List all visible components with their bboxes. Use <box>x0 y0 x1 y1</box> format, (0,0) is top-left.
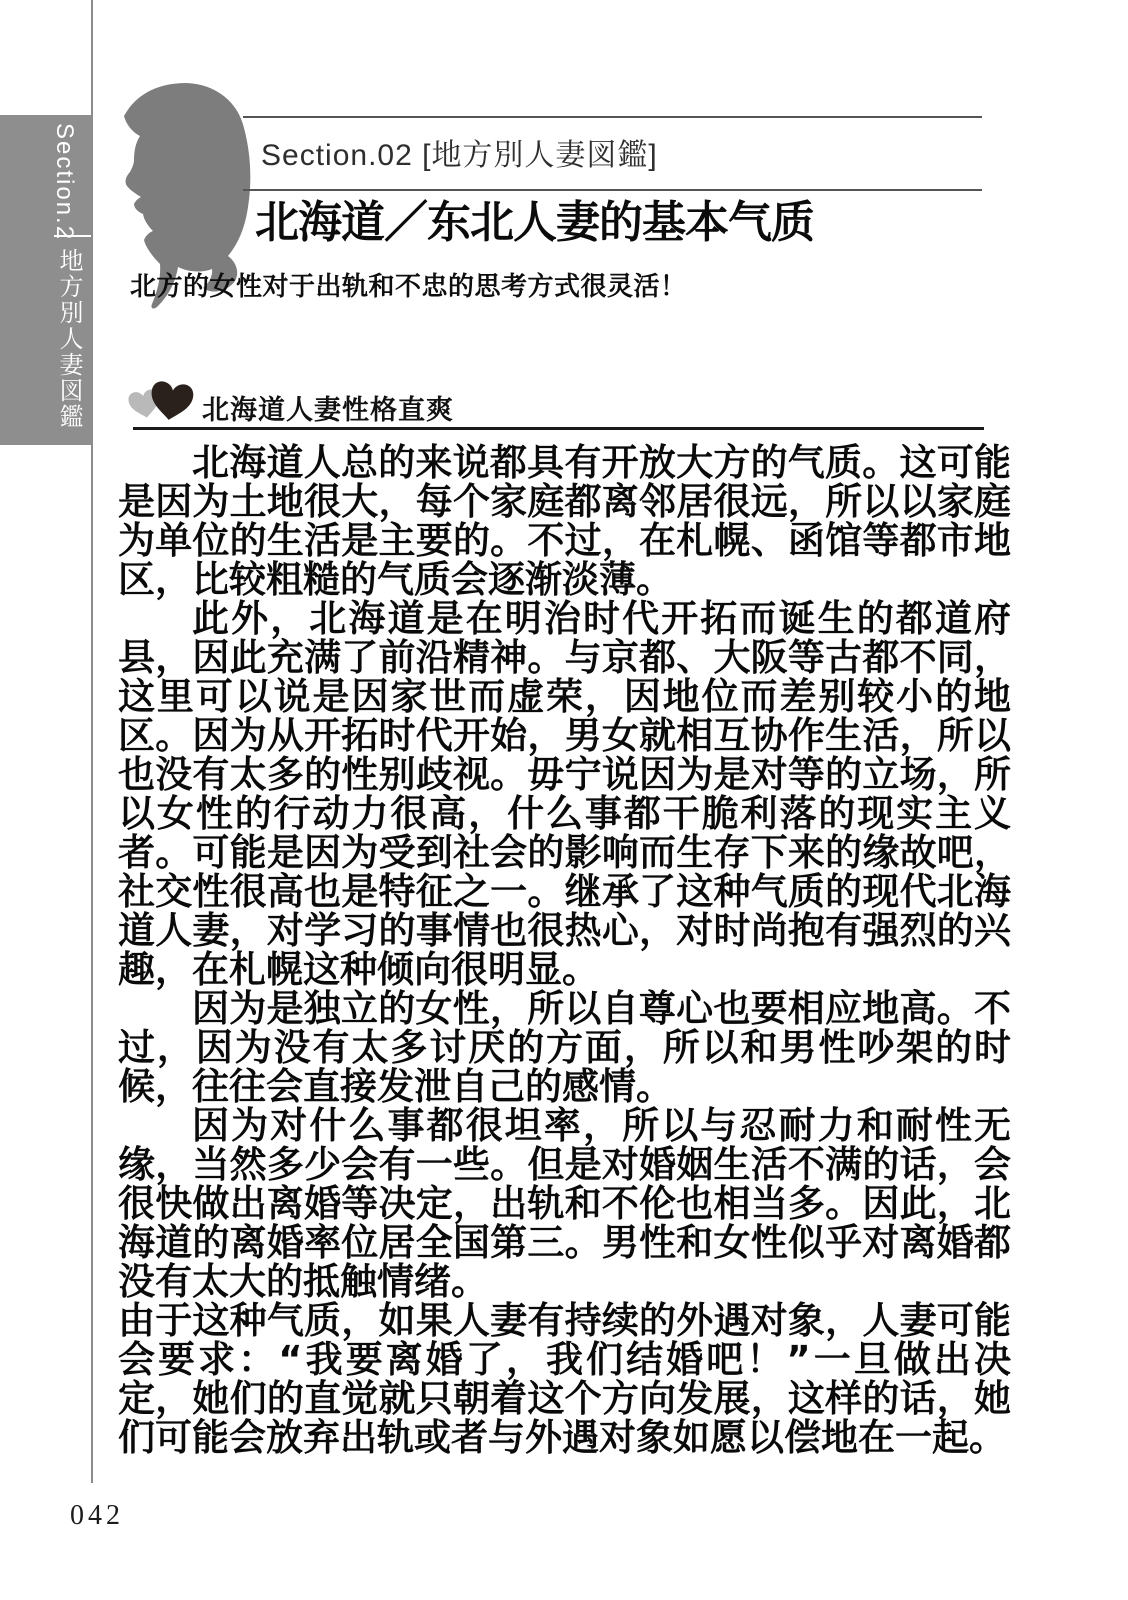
section-heading-rule <box>133 427 984 430</box>
page-subtitle: 北方的女性对于出轨和不忠的思考方式很灵活！ <box>130 266 687 303</box>
double-hearts-icon <box>124 374 202 426</box>
article-paragraph: 因为对什么事都很坦率，所以与忍耐力和耐性无缘，当然多少会有一些。但是对婚姻生活不… <box>118 1106 1011 1301</box>
margin-rule <box>91 0 93 1483</box>
sidebar-series-title: 地方別人妻図鑑 <box>52 248 87 430</box>
page-number: 042 <box>70 1500 124 1532</box>
article-paragraph: 因为是独立的女性，所以自尊心也要相应地高。不过，因为没有太多讨厌的方面，所以和男… <box>118 989 1011 1106</box>
section-heading: 北海道人妻性格直爽 <box>202 388 454 427</box>
header-kicker: Section.02 [地方別人妻図鑑] <box>261 130 658 174</box>
sidebar-section-label: Section.2 <box>50 123 78 241</box>
book-page: Section.2 地方別人妻図鑑 Section.02 [地方別人妻図鑑] 北… <box>0 0 1128 1600</box>
page-title: 北海道／东北人妻的基本气质 <box>255 186 814 250</box>
header-rule-top <box>243 116 982 118</box>
article-paragraph: 北海道人总的来说都具有开放大方的气质。这可能是因为土地很大，每个家庭都离邻居很远… <box>118 443 1011 599</box>
article-paragraph: 此外，北海道是在明治时代开拓而诞生的都道府县，因此充满了前沿精神。与京都、大阪等… <box>118 599 1011 989</box>
article-paragraph: 由于这种气质，如果人妻有持续的外遇对象，人妻可能会要求：“我要离婚了，我们结婚吧… <box>118 1301 1011 1457</box>
sidebar-separator <box>54 235 91 237</box>
section-sidebar: Section.2 地方別人妻図鑑 <box>0 115 91 445</box>
article-body: 北海道人总的来说都具有开放大方的气质。这可能是因为土地很大，每个家庭都离邻居很远… <box>118 443 1011 1457</box>
